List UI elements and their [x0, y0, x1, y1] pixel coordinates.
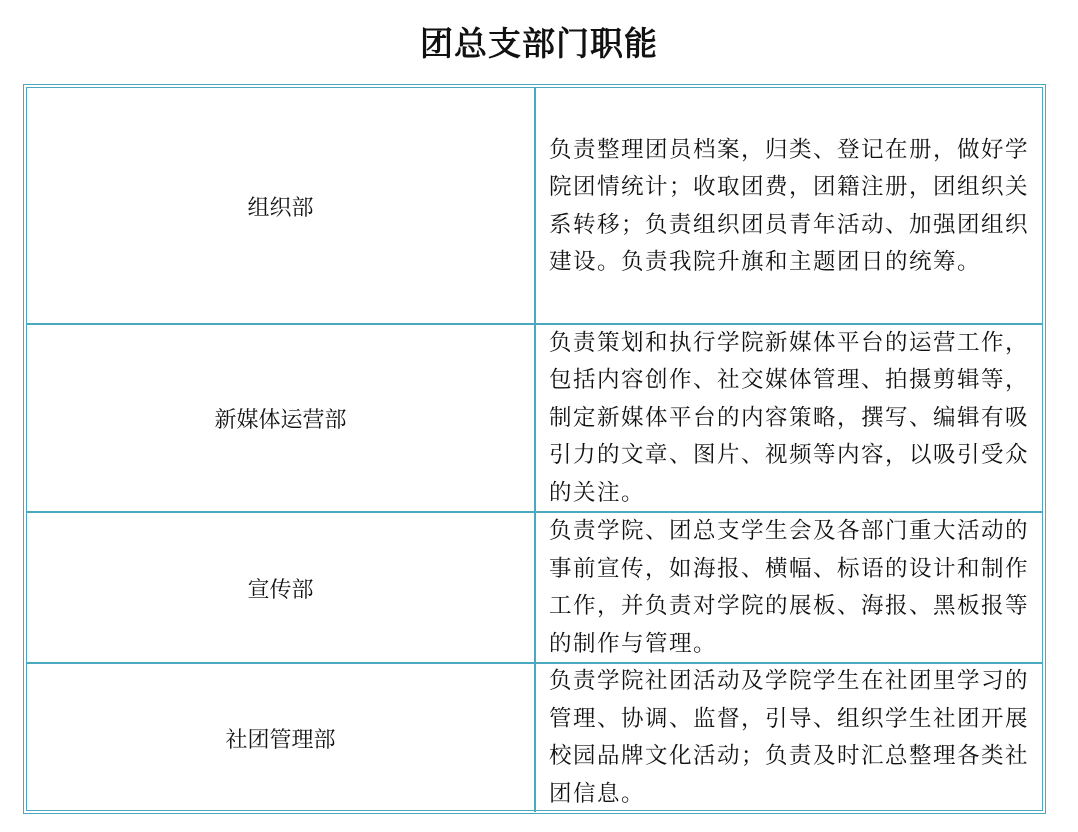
department-description: 负责策划和执行学院新媒体平台的运营工作，包括内容创作、社交媒体管理、拍摄剪辑等，…	[549, 325, 1030, 513]
department-name: 宣传部	[247, 573, 313, 604]
department-description-cell: 负责学院、团总支学生会及各部门重大活动的事前宣传，如海报、横幅、标语的设计和制作…	[536, 513, 1042, 663]
department-name: 社团管理部	[225, 723, 335, 754]
table-row: 宣传部 负责学院、团总支学生会及各部门重大活动的事前宣传，如海报、横幅、标语的设…	[27, 511, 1042, 663]
department-name-cell: 宣传部	[27, 513, 536, 663]
table-row: 组织部 负责整理团员档案，归类、登记在册，做好学院团情统计；收取团费，团籍注册，…	[27, 88, 1042, 325]
page-title: 团总支部门职能	[0, 22, 1078, 66]
department-description-cell: 负责学院社团活动及学院学生在社团里学习的管理、协调、监督，引导、组织学生社团开展…	[536, 664, 1042, 812]
table-row: 社团管理部 负责学院社团活动及学院学生在社团里学习的管理、协调、监督，引导、组织…	[27, 662, 1042, 812]
department-description: 负责学院社团活动及学院学生在社团里学习的管理、协调、监督，引导、组织学生社团开展…	[549, 663, 1030, 813]
department-name-cell: 新媒体运营部	[27, 325, 536, 512]
department-name: 新媒体运营部	[214, 403, 346, 434]
department-name-cell: 社团管理部	[27, 664, 536, 812]
department-description-cell: 负责策划和执行学院新媒体平台的运营工作，包括内容创作、社交媒体管理、拍摄剪辑等，…	[536, 325, 1042, 512]
department-name-cell: 组织部	[27, 88, 536, 325]
department-functions-table: 组织部 负责整理团员档案，归类、登记在册，做好学院团情统计；收取团费，团籍注册，…	[23, 84, 1046, 814]
department-description: 负责整理团员档案，归类、登记在册，做好学院团情统计；收取团费，团籍注册，团组织关…	[549, 132, 1030, 282]
department-description: 负责学院、团总支学生会及各部门重大活动的事前宣传，如海报、横幅、标语的设计和制作…	[549, 513, 1030, 663]
table-inner-frame: 组织部 负责整理团员档案，归类、登记在册，做好学院团情统计；收取团费，团籍注册，…	[26, 87, 1043, 811]
department-name: 组织部	[247, 191, 313, 222]
table-row: 新媒体运营部 负责策划和执行学院新媒体平台的运营工作，包括内容创作、社交媒体管理…	[27, 323, 1042, 512]
department-description-cell: 负责整理团员档案，归类、登记在册，做好学院团情统计；收取团费，团籍注册，团组织关…	[536, 88, 1042, 325]
